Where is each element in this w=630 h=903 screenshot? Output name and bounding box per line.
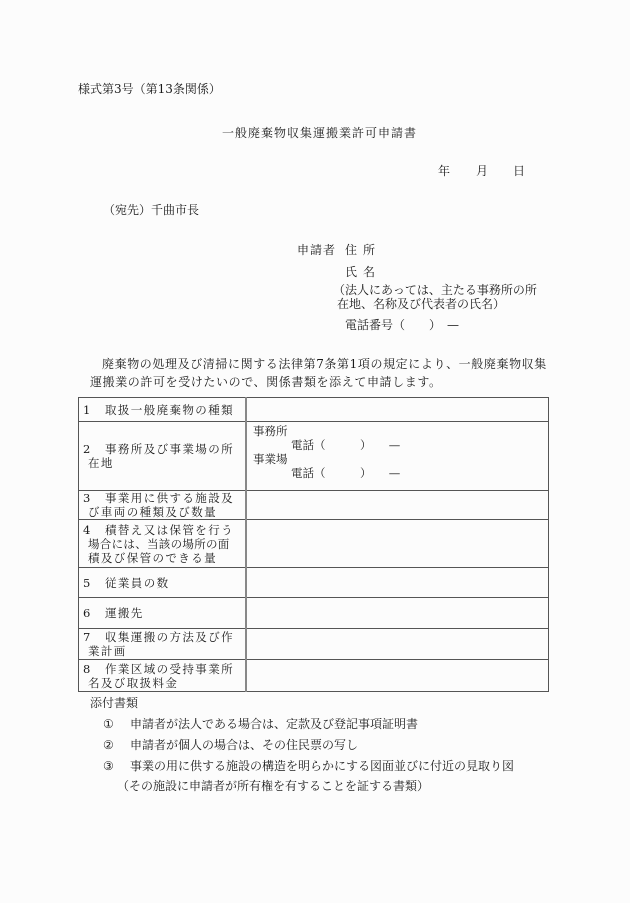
application-table: 1取扱一般廃棄物の種類 2事務所及び事業場の所 在地 事務所 電話（ ） — 事… bbox=[78, 397, 549, 692]
table-row: 3事業用に供する施設及 び車両の種類及び数量 bbox=[79, 491, 549, 520]
waste-type-field[interactable] bbox=[246, 398, 549, 422]
row-label: 7収集運搬の方法及び作 業計画 bbox=[79, 629, 247, 660]
applicant-label: 申請者 bbox=[297, 243, 336, 257]
circled-number-2: ② bbox=[103, 738, 130, 752]
date-day-label: 日 bbox=[513, 164, 525, 178]
row-number: 3 bbox=[83, 491, 105, 505]
area-fees-field[interactable] bbox=[246, 660, 549, 692]
row-label: 6運搬先 bbox=[79, 598, 247, 629]
date-month-label: 月 bbox=[476, 164, 488, 178]
row-number: 2 bbox=[83, 442, 105, 456]
row-label: 4積替え又は保管を行う 場合には、当該の場所の面 積及び保管のできる量 bbox=[79, 520, 247, 568]
name-label: 氏名 bbox=[345, 265, 381, 279]
row-number: 4 bbox=[83, 523, 105, 537]
row-number: 1 bbox=[83, 403, 105, 417]
attachment-item: ①申請者が法人である場合は、定款及び登記事項証明書 bbox=[103, 717, 418, 731]
circled-number-1: ① bbox=[103, 717, 130, 731]
addressee: （宛先）千曲市長 bbox=[103, 203, 199, 217]
corporation-note-line-1: （法人にあっては、主たる事務所の所 bbox=[333, 283, 537, 297]
table-row: 6運搬先 bbox=[79, 598, 549, 629]
date-year-label: 年 bbox=[438, 164, 450, 178]
attachment-3-note: （その施設に申請者が所有権を有することを証する書類） bbox=[117, 779, 429, 793]
row-label: 3事業用に供する施設及 び車両の種類及び数量 bbox=[79, 491, 247, 520]
attachments-title: 添付書類 bbox=[90, 696, 138, 710]
body-text-line-2: 運搬業の許可を受けたいので、関係書類を添えて申請します。 bbox=[90, 375, 442, 389]
table-row: 4積替え又は保管を行う 場合には、当該の場所の面 積及び保管のできる量 bbox=[79, 520, 549, 568]
facilities-vehicles-field[interactable] bbox=[246, 491, 549, 520]
site-phone[interactable]: 電話（ ） — bbox=[253, 466, 542, 480]
attachment-item: ③事業の用に供する施設の構造を明らかにする図面並びに付近の見取り図 bbox=[103, 759, 514, 773]
table-row: 7収集運搬の方法及び作 業計画 bbox=[79, 629, 549, 660]
corporation-note-line-2: 在地、名称及び代表者の氏名） bbox=[337, 297, 505, 311]
row-number: 7 bbox=[83, 630, 105, 644]
body-text-line-1: 廃棄物の処理及び清掃に関する法律第7条第1項の規定により、一般廃棄物収集 bbox=[102, 357, 547, 371]
method-plan-field[interactable] bbox=[246, 629, 549, 660]
row-number: 8 bbox=[83, 662, 105, 676]
row-number: 6 bbox=[83, 606, 105, 620]
circled-number-3: ③ bbox=[103, 759, 130, 773]
attachment-item: ②申請者が個人の場合は、その住民票の写し bbox=[103, 738, 358, 752]
destination-field[interactable] bbox=[246, 598, 549, 629]
address-label: 住所 bbox=[345, 243, 381, 257]
site-label: 事業場 bbox=[253, 452, 542, 466]
table-row: 2事務所及び事業場の所 在地 事務所 電話（ ） — 事業場 電話（ ） — bbox=[79, 422, 549, 491]
row-label: 8作業区域の受持事業所 名及び取扱料金 bbox=[79, 660, 247, 692]
row-label: 2事務所及び事業場の所 在地 bbox=[79, 422, 247, 491]
row-number: 5 bbox=[83, 576, 105, 590]
document-title: 一般廃棄物収集運搬業許可申請書 bbox=[222, 126, 417, 140]
table-row: 1取扱一般廃棄物の種類 bbox=[79, 398, 549, 422]
table-row: 5従業員の数 bbox=[79, 568, 549, 598]
location-field[interactable]: 事務所 電話（ ） — 事業場 電話（ ） — bbox=[246, 422, 549, 491]
office-phone[interactable]: 電話（ ） — bbox=[253, 438, 542, 452]
phone-number-label: 電話番号（ ） — bbox=[345, 318, 459, 332]
row-label: 1取扱一般廃棄物の種類 bbox=[79, 398, 247, 422]
employee-count-field[interactable] bbox=[246, 568, 549, 598]
table-row: 8作業区域の受持事業所 名及び取扱料金 bbox=[79, 660, 549, 692]
row-label: 5従業員の数 bbox=[79, 568, 247, 598]
storage-field[interactable] bbox=[246, 520, 549, 568]
office-label: 事務所 bbox=[253, 424, 542, 438]
form-number: 様式第3号（第13条関係） bbox=[78, 82, 221, 96]
